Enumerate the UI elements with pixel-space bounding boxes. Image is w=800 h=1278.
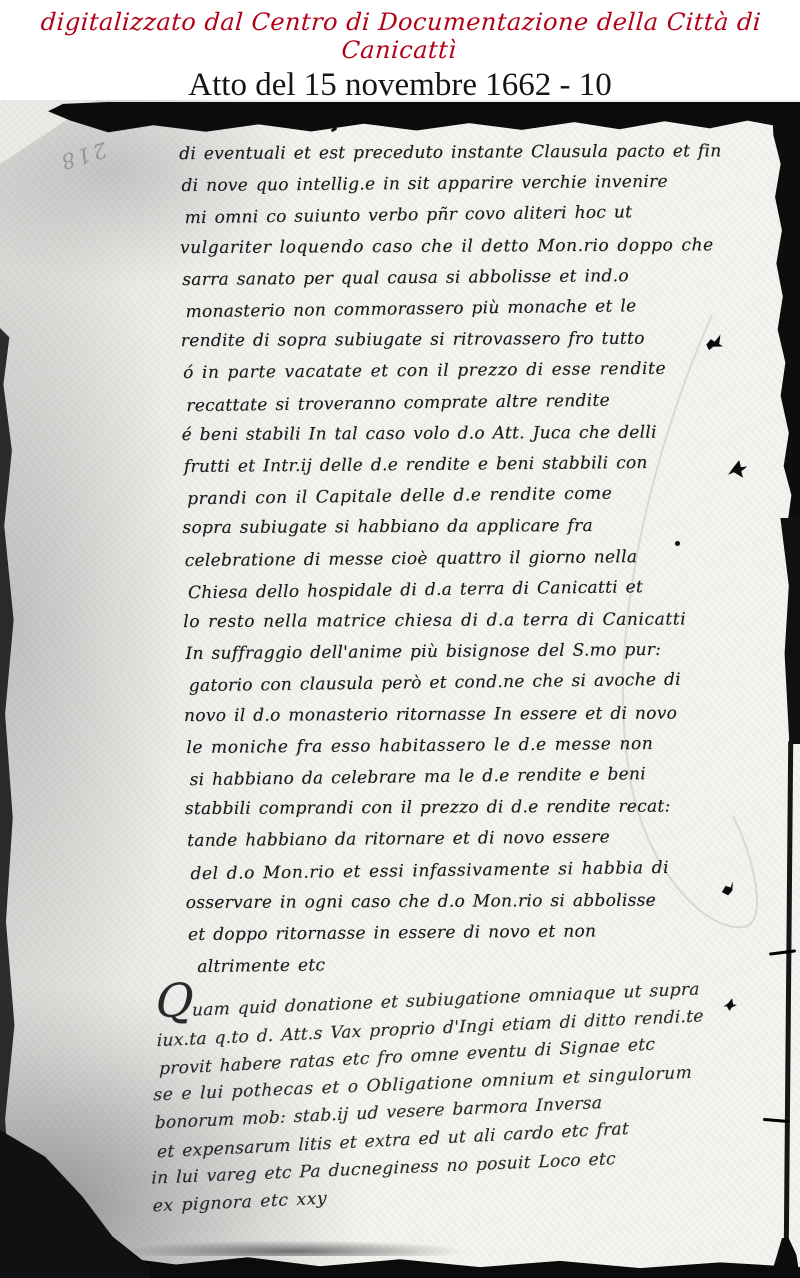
manuscript-line: stabbili comprandi con il prezzo di d.e … bbox=[185, 791, 727, 825]
pencil-folio-number: 218 bbox=[56, 137, 110, 174]
manuscript-line: osservare in ogni caso che d.o Mon.rio s… bbox=[186, 885, 728, 919]
scan-edge-top bbox=[48, 102, 800, 133]
ink-blot bbox=[723, 997, 739, 1013]
document-title: Atto del 15 novembre 1662 - 10 bbox=[0, 67, 800, 104]
manuscript-line: é beni stabili In tal caso volo d.o Att.… bbox=[181, 417, 723, 451]
binding-stitch-mark bbox=[769, 949, 796, 955]
manuscript-line: monasterio non commorassero più monache … bbox=[185, 290, 728, 328]
manuscript-text-italian: di eventuali et est preceduto instante C… bbox=[181, 135, 731, 982]
page: digitalizzato dal Centro di Documentazio… bbox=[0, 0, 800, 1278]
scan-edge-right-line bbox=[784, 740, 793, 1248]
scan-edge-left bbox=[0, 328, 17, 1270]
manuscript-line: Chiesa dello hospidale di d.a terra di C… bbox=[188, 571, 731, 609]
manuscript-text-latin: Quam quid donatione et subiugatione omni… bbox=[152, 965, 705, 1221]
manuscript-line: mi omni co suiunto verbo pñr covo aliter… bbox=[184, 196, 727, 234]
manuscript-scan: 218 di eventuali et est preceduto instan… bbox=[0, 100, 800, 1278]
ink-blot bbox=[728, 459, 748, 478]
manuscript-line: rendite di sopra subiugate si ritrovasse… bbox=[181, 323, 723, 357]
manuscript-line: vulgariter loquendo caso che il detto Mo… bbox=[180, 230, 722, 264]
manuscript-line: di eventuali et est preceduto instante C… bbox=[179, 136, 721, 170]
manuscript-line: sopra subiugate si habbiano da applicare… bbox=[182, 511, 724, 545]
digitization-credit: digitalizzato dal Centro di Documentazio… bbox=[0, 8, 800, 64]
scan-edge-right-band bbox=[757, 106, 800, 520]
manuscript-line: gatorio con clausula però et cond.ne che… bbox=[189, 664, 732, 702]
scan-bottom-smudge bbox=[110, 1232, 570, 1256]
header: digitalizzato dal Centro di Documentazio… bbox=[0, 0, 800, 100]
scan-corner-bottom-left bbox=[0, 1130, 150, 1278]
manuscript-line: novo il d.o monasterio ritornasse In ess… bbox=[184, 698, 726, 732]
manuscript-line: recattate si troveranno comprate altre r… bbox=[186, 384, 729, 422]
manuscript-line: lo resto nella matrice chiesa di d.a ter… bbox=[183, 604, 725, 638]
scan-edge-right-wedge bbox=[772, 518, 800, 744]
manuscript-line: del d.o Mon.rio et essi infassivamente s… bbox=[190, 852, 733, 890]
